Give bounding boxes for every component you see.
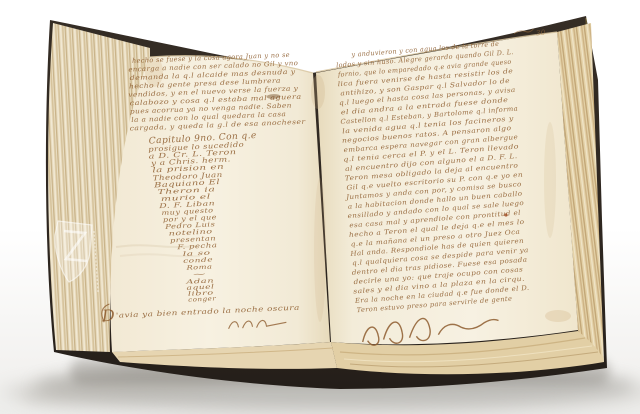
red-ink-fleck [504,213,507,216]
photo-stage: hecho se fuese y la cosa agora Juan y no… [0,0,640,414]
right-text-block: y anduvieron y con agua los de la torre … [333,39,532,315]
left-paragraph: hecho se fuese y la cosa agora Juan y no… [127,50,306,132]
stain-right-margin [544,122,556,238]
stain-gutter-top [311,75,325,109]
stain-bottom-right [545,310,571,322]
book-photo: hecho se fuese y la cosa agora Juan y no… [0,0,640,414]
stain-gutter-mid [314,178,326,322]
folio-number: 30 [536,29,547,38]
